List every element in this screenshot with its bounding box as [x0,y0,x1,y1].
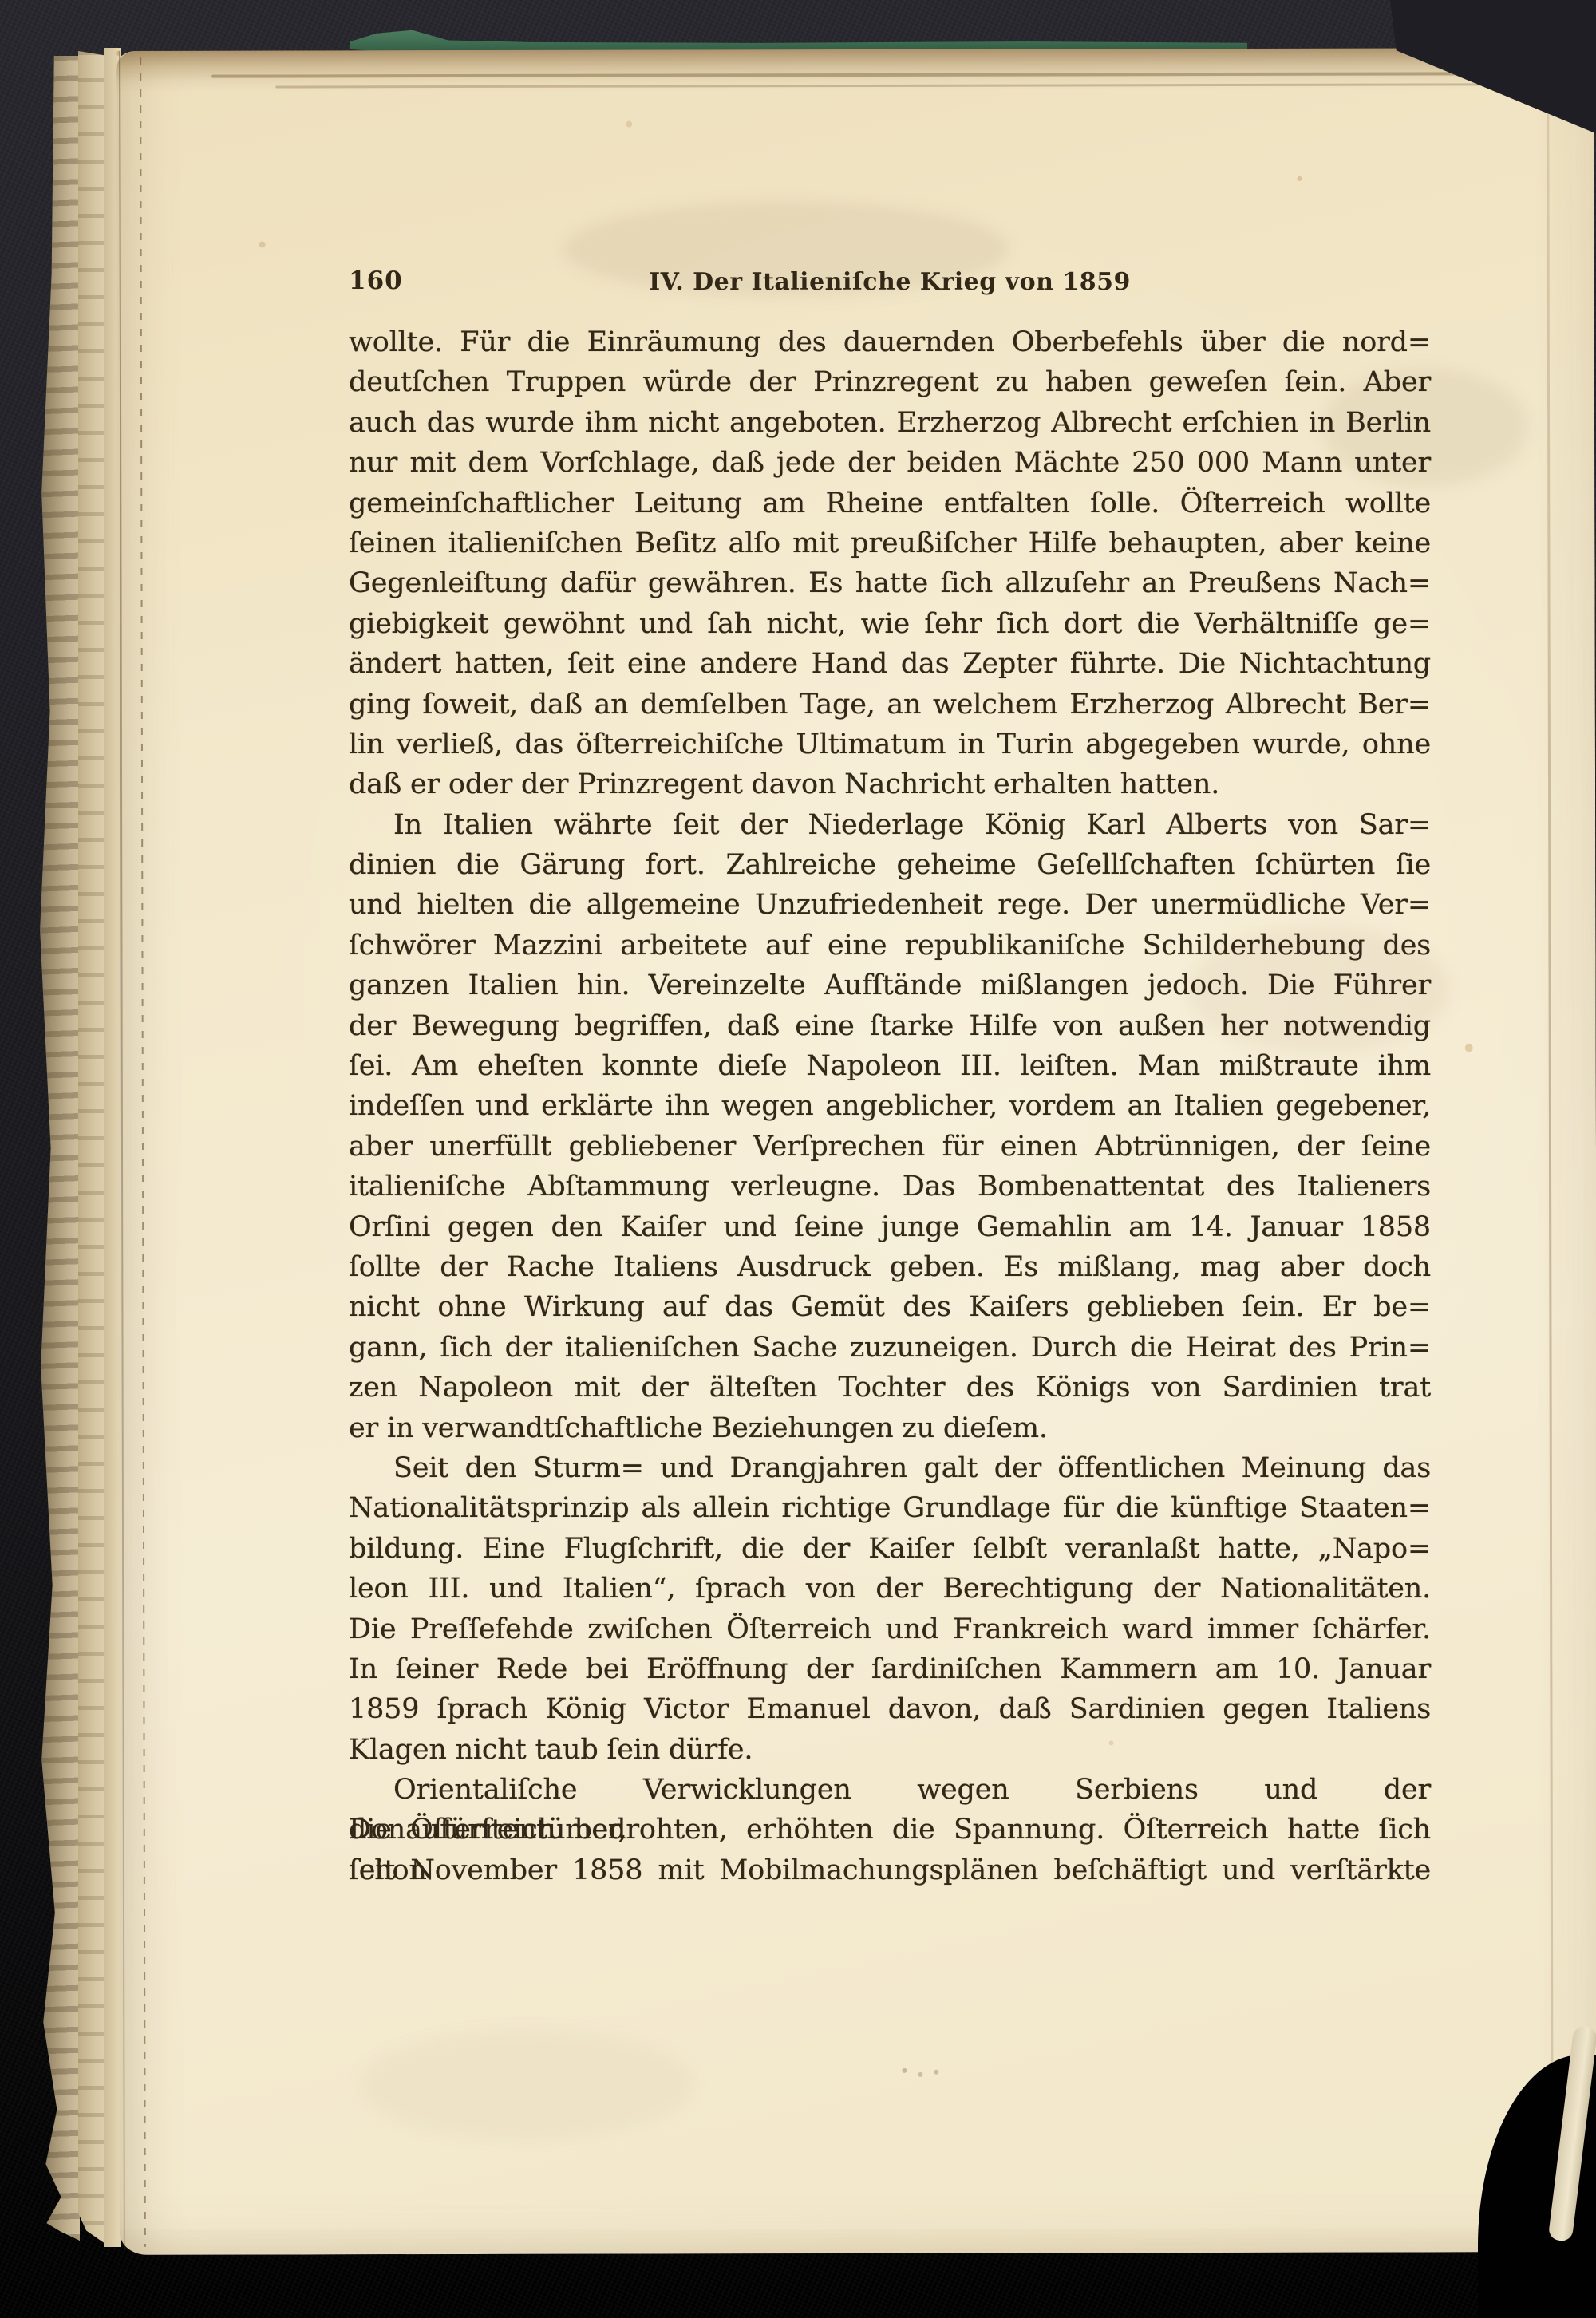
text-line: dinien die Gärung fort. Zahlreiche gehei… [349,845,1431,885]
text-line: ſollte der Rache Italiens Ausdruck geben… [349,1247,1431,1287]
page-crease-left [119,51,125,2250]
text-line: Orientaliſche Verwicklungen wegen Serbie… [349,1770,1431,1810]
top-edge-streak [275,83,1498,88]
text-line: Seit den Sturm= und Drangjahren galt der… [349,1448,1431,1488]
text-line: nicht ohne Wirkung auf das Gemüt des Kai… [349,1287,1431,1327]
book-photo: 160 IV. Der Italieniſche Krieg von 1859 … [0,0,1596,2318]
top-edge-streak [211,72,1562,78]
text-line: Nationalitätsprinzip als allein richtige… [349,1488,1431,1528]
text-line: ganzen Italien hin. Vereinzelte Aufſtänd… [349,966,1431,1005]
text-line: 1859 ſprach König Victor Emanuel davon, … [349,1689,1431,1729]
text-line: giebigkeit gewöhnt und ſah nicht, wie ſe… [349,604,1431,644]
text-line: daß er oder der Prinzregent davon Nachri… [349,764,1431,804]
text-line: Die Preſſefehde zwiſchen Öſterreich und … [349,1609,1431,1649]
text-line: auch das wurde ihm nicht angeboten. Erzh… [349,403,1431,443]
page-header: 160 IV. Der Italieniſche Krieg von 1859 [349,267,1431,302]
text-line: der Bewegung begriffen, daß eine ſtarke … [349,1006,1431,1046]
text-lines: wollte. Für die Einräumung des dauernden… [349,322,1431,1890]
text-line: Gegenleiſtung dafür gewähren. Es hatte ſ… [349,563,1431,603]
text-line: bildung. Eine Flugſchrift, die der Kaiſe… [349,1529,1431,1569]
text-line: nur mit dem Vorſchlage, daß jede der bei… [349,443,1431,483]
text-line: indeſſen und erklärte ihn wegen angeblic… [349,1086,1431,1126]
ghost-smudge [359,2028,694,2141]
page-crease-right [1547,48,1554,2252]
text-line: und hielten die allgemeine Unzufriedenhe… [349,885,1431,925]
text-line: gemeinſchaftlicher Leitung am Rheine ent… [349,484,1431,523]
text-line: leon III. und Italien“, ſprach von der B… [349,1569,1431,1609]
page-edge-stack-middle [78,51,105,2244]
text-line: In Italien währte ſeit der Niederlage Kö… [349,805,1431,845]
text-line: er in verwandtſchaftliche Beziehungen zu… [349,1408,1431,1448]
text-line: italieniſche Abſtammung verleugne. Das B… [349,1167,1431,1206]
text-line: wollte. Für die Einräumung des dauernden… [349,322,1431,362]
foxing-specks [116,51,120,56]
text-line: ſchwörer Mazzini arbeitete auf eine repu… [349,926,1431,966]
text-line: aber unerfüllt gebliebener Verſprechen f… [349,1127,1431,1167]
text-line: die Öſterreich bedrohten, erhöhten die S… [349,1810,1431,1850]
text-line: In ſeiner Rede bei Eröffnung der ſardini… [349,1649,1431,1689]
text-line: gann, ſich der italieniſchen Sache zuzun… [349,1328,1431,1368]
text-line: Klagen nicht taub ſein dürfe. [349,1730,1431,1770]
running-header: IV. Der Italieniſche Krieg von 1859 [349,268,1431,296]
text-line: lin verließ, das öſterreichiſche Ultimat… [349,725,1431,764]
text-line: Orſini gegen den Kaiſer und ſeine junge … [349,1207,1431,1247]
text-line: ſei. Am eheſten konnte dieſe Napoleon II… [349,1046,1431,1086]
text-line: ändert hatten, ſeit eine andere Hand das… [349,644,1431,684]
text-line: zen Napoleon mit der älteſten Tochter de… [349,1368,1431,1408]
text-line: ging ſoweit, daß an demſelben Tage, an w… [349,685,1431,725]
page-crease-left-dotted [140,57,146,2247]
text-line: deutſchen Truppen würde der Prinzregent … [349,362,1431,402]
text-line: ſeinen italieniſchen Beſitz alſo mit pre… [349,523,1431,563]
text-line: ſeit November 1858 mit Mobilmachungsplän… [349,1850,1431,1890]
